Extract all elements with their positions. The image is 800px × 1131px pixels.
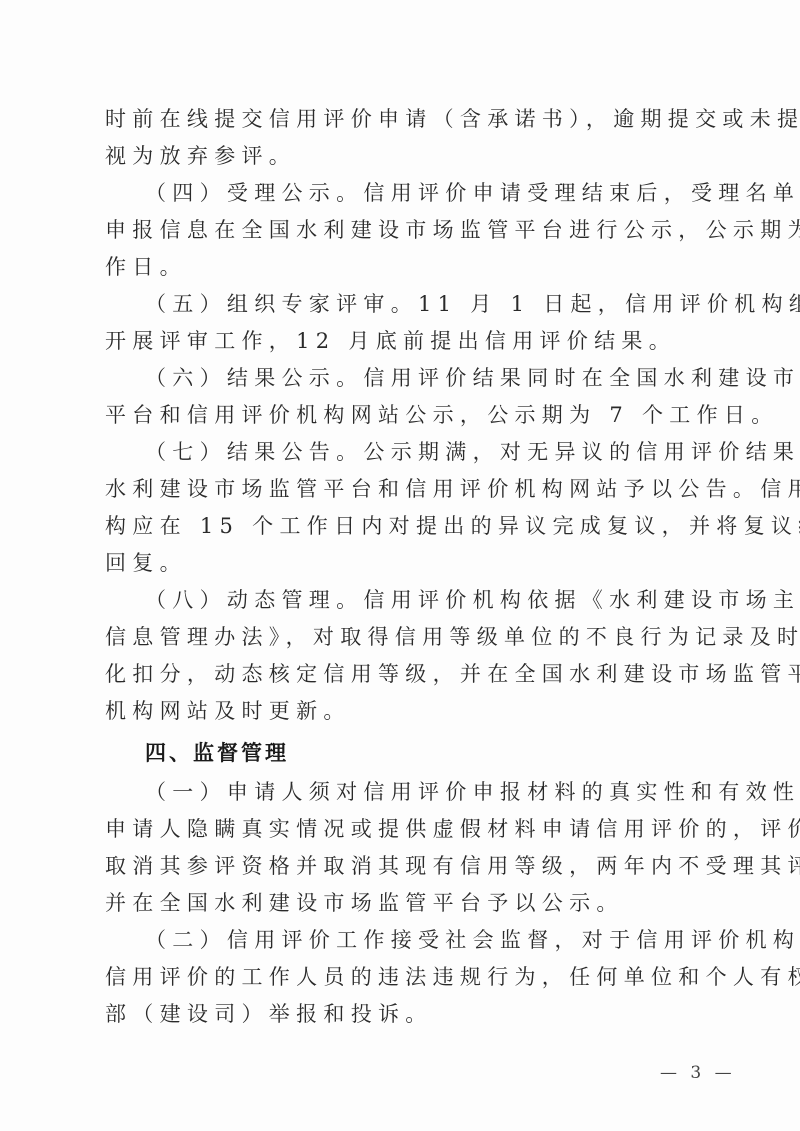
paragraph-supervision-1: （一）申请人须对信用评价申报材料的真实性和有效性负责， <box>105 774 725 811</box>
document-body: 时前在线提交信用评价申请（含承诺书），逾期提交或未提交的， 视为放弃参评。 （四… <box>105 101 725 1033</box>
page-number: — 3 — <box>660 1063 736 1083</box>
text-line: 回复。 <box>105 545 725 582</box>
paragraph-4-acceptance-publicity: （四）受理公示。信用评价申请受理结束后，受理名单及主要 <box>105 175 725 212</box>
text-line: 开展评审工作，12 月底前提出信用评价结果。 <box>105 323 725 360</box>
document-page: 时前在线提交信用评价申请（含承诺书），逾期提交或未提交的， 视为放弃参评。 （四… <box>0 0 800 1131</box>
paragraph-6-result-publicity: （六）结果公示。信用评价结果同时在全国水利建设市场监管 <box>105 360 725 397</box>
paragraph-7-result-announcement: （七）结果公告。公示期满，对无异议的信用评价结果在全国 <box>105 434 725 471</box>
text-line: 化扣分，动态核定信用等级，并在全国水利建设市场监管平台和本 <box>105 656 725 693</box>
paragraph-supervision-2: （二）信用评价工作接受社会监督，对于信用评价机构和参与 <box>105 922 725 959</box>
text-line: 申请人隐瞒真实情况或提供虚假材料申请信用评价的，评价机构将 <box>105 811 725 848</box>
paragraph-8-dynamic-management: （八）动态管理。信用评价机构依据《水利建设市场主体信用 <box>105 582 725 619</box>
text-line: 信用评价的工作人员的违法违规行为，任何单位和个人有权向水利 <box>105 959 725 996</box>
text-line: 作日。 <box>105 249 725 286</box>
section-heading-supervision: 四、监督管理 <box>105 734 725 772</box>
text-line: 平台和信用评价机构网站公示，公示期为 7 个工作日。 <box>105 397 725 434</box>
text-line: 信息管理办法》，对取得信用等级单位的不良行为记录及时进行量 <box>105 619 725 656</box>
text-line: 取消其参评资格并取消其现有信用等级，两年内不受理其评价申请， <box>105 848 725 885</box>
text-line: 时前在线提交信用评价申请（含承诺书），逾期提交或未提交的， <box>105 101 725 138</box>
text-line: 构应在 15 个工作日内对提出的异议完成复议，并将复议结果予以 <box>105 508 725 545</box>
text-line: 视为放弃参评。 <box>105 138 725 175</box>
text-line: 申报信息在全国水利建设市场监管平台进行公示，公示期为 7 个工 <box>105 212 725 249</box>
text-line: 机构网站及时更新。 <box>105 693 725 730</box>
paragraph-5-expert-review: （五）组织专家评审。11 月 1 日起，信用评价机构组织专家 <box>105 286 725 323</box>
text-line: 水利建设市场监管平台和信用评价机构网站予以公告。信用评价机 <box>105 471 725 508</box>
text-line: 部（建设司）举报和投诉。 <box>105 996 725 1033</box>
text-line: 并在全国水利建设市场监管平台予以公示。 <box>105 885 725 922</box>
